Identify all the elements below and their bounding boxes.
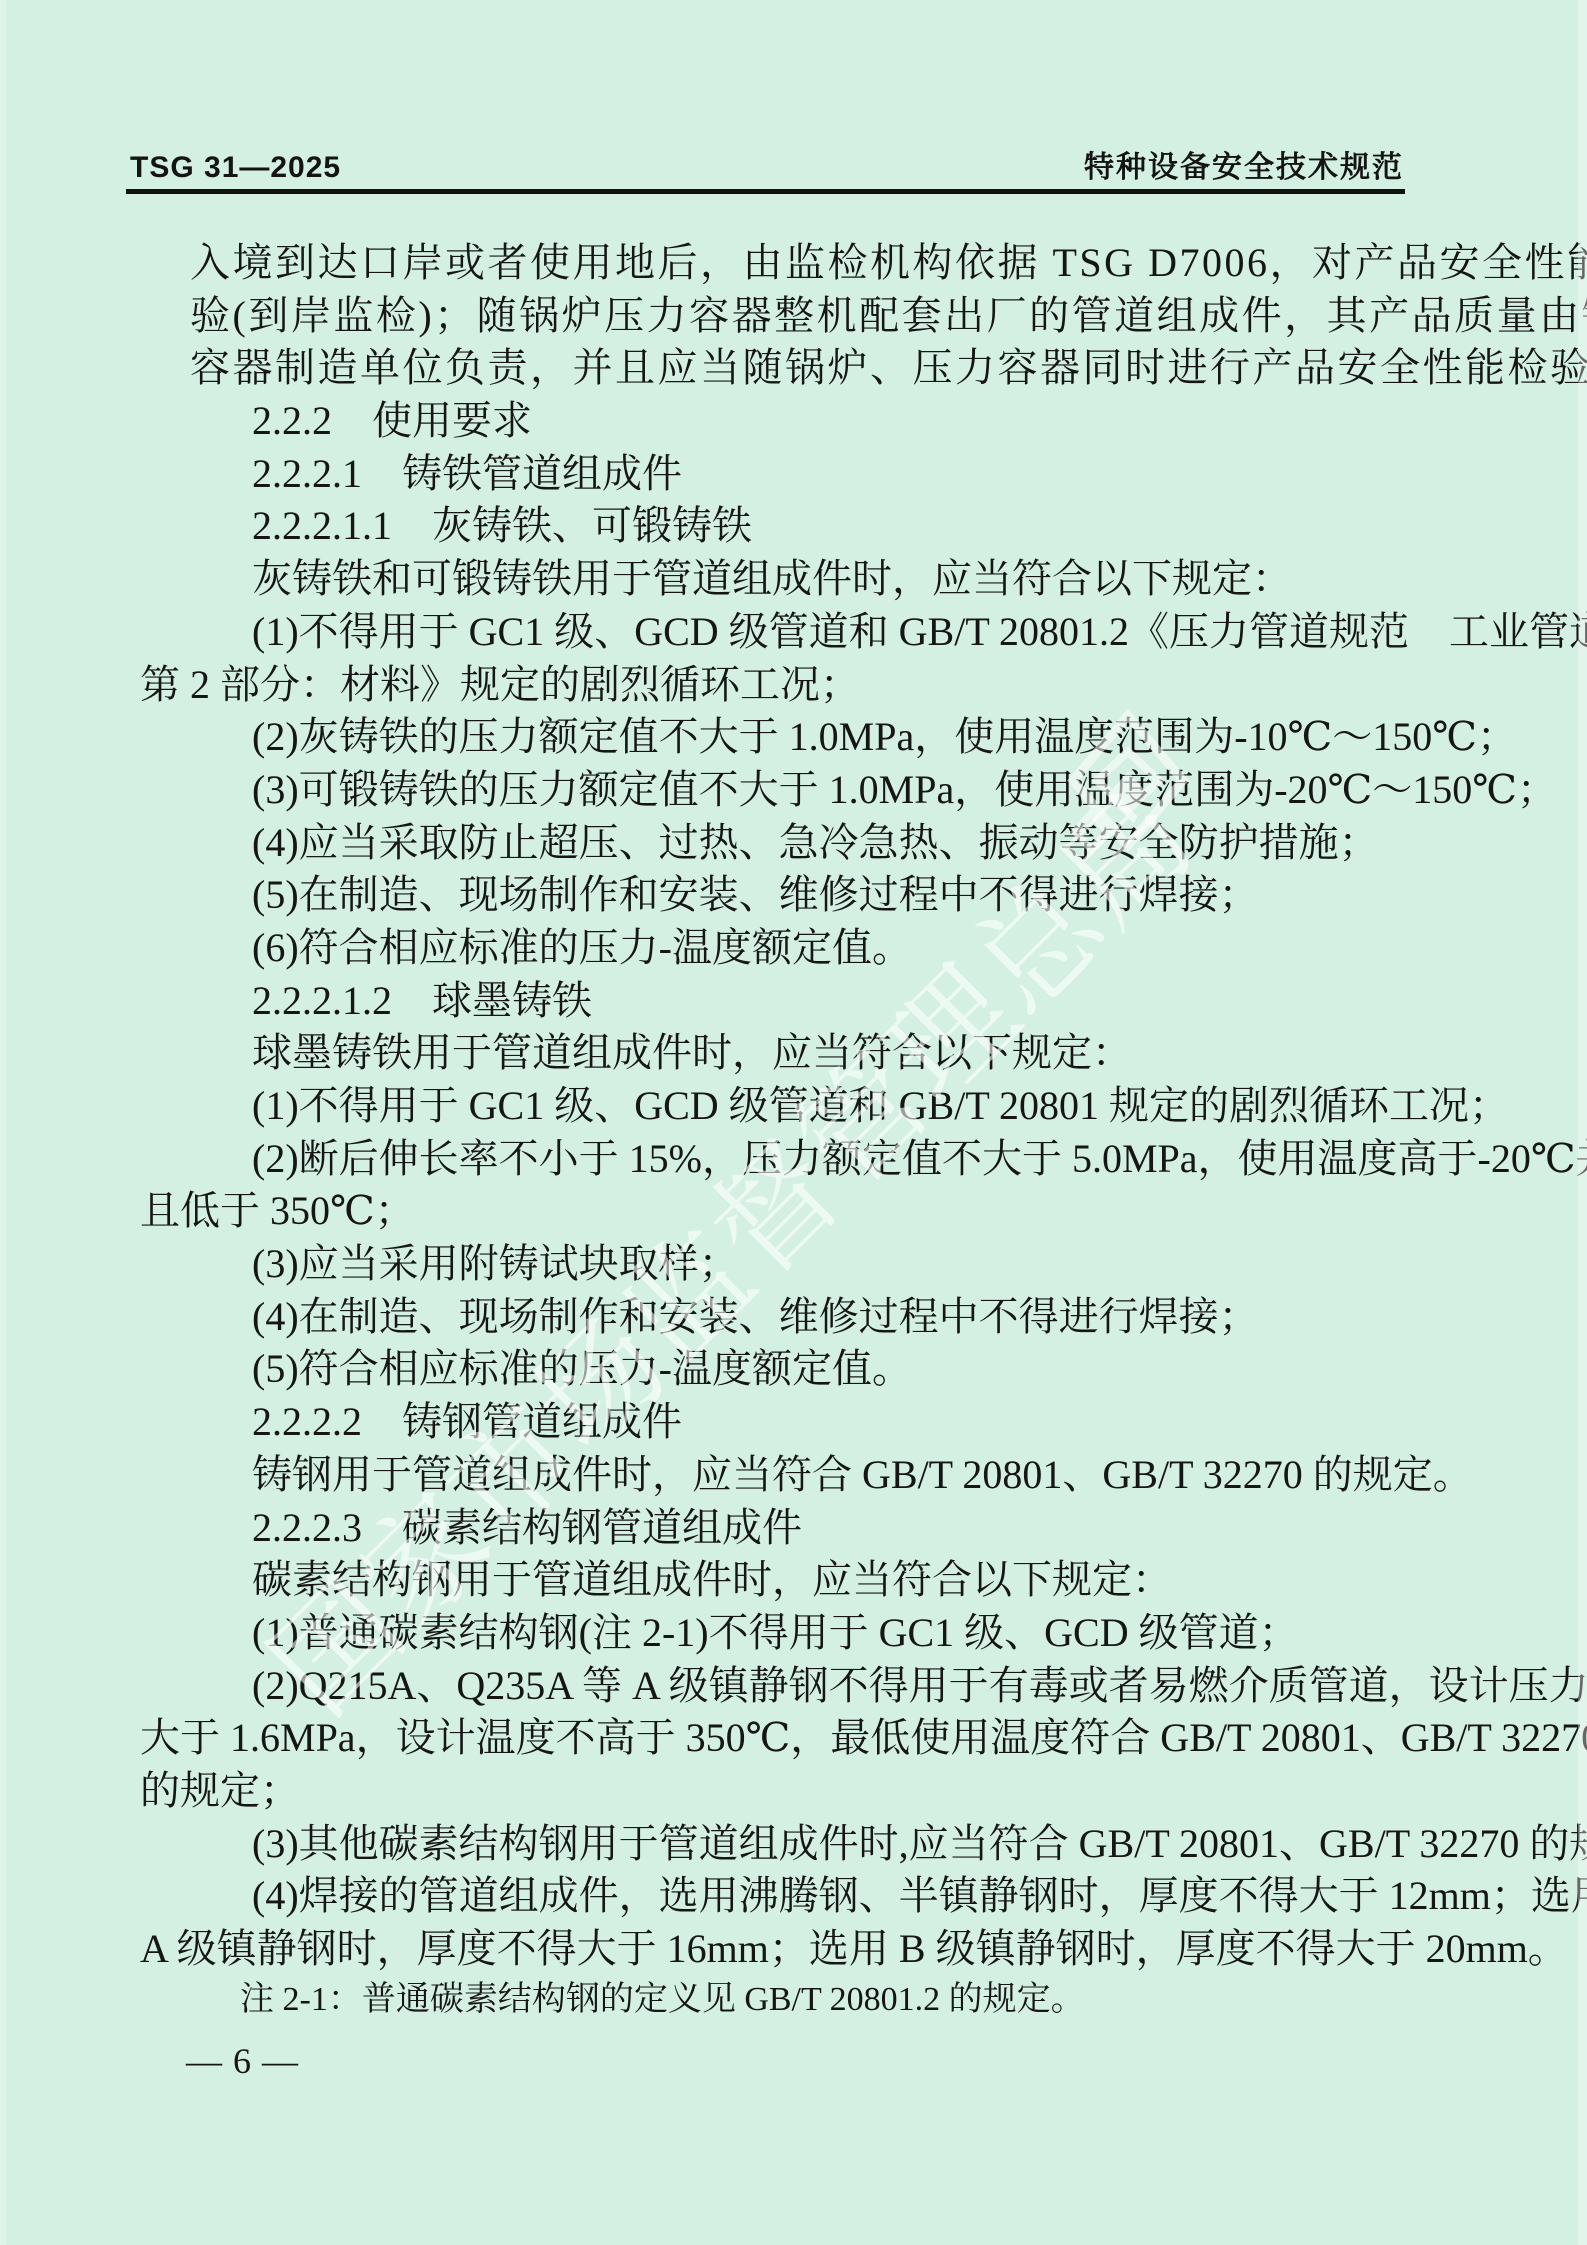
body-line: 容器制造单位负责，并且应当随锅炉、压力容器同时进行产品安全性能检验。: [0, 342, 1587, 395]
body-line: (1)不得用于 GC1 级、GCD 级管道和 GB/T 20801 规定的剧烈循…: [0, 1080, 1587, 1133]
body-line: (4)焊接的管道组成件，选用沸腾钢、半镇静钢时，厚度不得大于 12mm；选用: [0, 1870, 1587, 1923]
body-line: 第 2 部分：材料》规定的剧烈循环工况；: [0, 659, 1587, 712]
body-line: 2.2.2 使用要求: [0, 395, 1587, 448]
body-line: 入境到达口岸或者使用地后，由监检机构依据 TSG D7006，对产品安全性能进行…: [0, 237, 1587, 290]
header-title: 特种设备安全技术规范: [1084, 150, 1404, 186]
body-line: 铸钢用于管道组成件时，应当符合 GB/T 20801、GB/T 32270 的规…: [0, 1449, 1587, 1502]
body-line: (3)可锻铸铁的压力额定值不大于 1.0MPa，使用温度范围为-20℃～150℃…: [0, 764, 1587, 817]
body-line: 且低于 350℃；: [0, 1185, 1587, 1238]
body-line: (5)在制造、现场制作和安装、维修过程中不得进行焊接；: [0, 869, 1587, 922]
body-line: 碳素结构钢用于管道组成件时，应当符合以下规定：: [0, 1554, 1587, 1607]
document-number: TSG 31—2025: [130, 150, 341, 186]
page-header: TSG 31—2025 特种设备安全技术规范: [130, 150, 1404, 186]
body-line: 大于 1.6MPa，设计温度不高于 350℃，最低使用温度符合 GB/T 208…: [0, 1712, 1587, 1765]
document-page: TSG 31—2025 特种设备安全技术规范 入境到达口岸或者使用地后，由监检机…: [0, 0, 1587, 2245]
body-line: 2.2.2.3 碳素结构钢管道组成件: [0, 1502, 1587, 1555]
footnote: 注 2-1：普通碳素结构钢的定义见 GB/T 20801.2 的规定。: [240, 1978, 1085, 2022]
body-line: (6)符合相应标准的压力-温度额定值。: [0, 922, 1587, 975]
body-line: 的规定；: [0, 1765, 1587, 1818]
body-line: (4)在制造、现场制作和安装、维修过程中不得进行焊接；: [0, 1291, 1587, 1344]
body-line: 2.2.2.1.2 球墨铸铁: [0, 975, 1587, 1028]
body-line: 验(到岸监检)；随锅炉压力容器整机配套出厂的管道组成件，其产品质量由锅炉压力: [0, 290, 1587, 343]
body-line: (1)普通碳素结构钢(注 2-1)不得用于 GC1 级、GCD 级管道；: [0, 1607, 1587, 1660]
page-number: — 6 —: [186, 2040, 299, 2082]
body-line: 球墨铸铁用于管道组成件时，应当符合以下规定：: [0, 1027, 1587, 1080]
body-line: 2.2.2.2 铸钢管道组成件: [0, 1396, 1587, 1449]
body-line: (1)不得用于 GC1 级、GCD 级管道和 GB/T 20801.2《压力管道…: [0, 606, 1587, 659]
body-line: (2)Q215A、Q235A 等 A 级镇静钢不得用于有毒或者易燃介质管道，设计…: [0, 1660, 1587, 1713]
body-line: (5)符合相应标准的压力-温度额定值。: [0, 1343, 1587, 1396]
body-line: (4)应当采取防止超压、过热、急冷急热、振动等安全防护措施；: [0, 817, 1587, 870]
body-text: 入境到达口岸或者使用地后，由监检机构依据 TSG D7006，对产品安全性能进行…: [0, 237, 1587, 1976]
body-line: 灰铸铁和可锻铸铁用于管道组成件时，应当符合以下规定：: [0, 553, 1587, 606]
body-line: (2)断后伸长率不小于 15%，压力额定值不大于 5.0MPa，使用温度高于-2…: [0, 1133, 1587, 1186]
scan-edge-left: [0, 0, 6, 2245]
header-rule: [126, 189, 1405, 194]
scan-edge-right: [1578, 0, 1587, 2245]
body-line: 2.2.2.1 铸铁管道组成件: [0, 448, 1587, 501]
body-line: (2)灰铸铁的压力额定值不大于 1.0MPa，使用温度范围为-10℃～150℃；: [0, 711, 1587, 764]
body-line: 2.2.2.1.1 灰铸铁、可锻铸铁: [0, 500, 1587, 553]
body-line: (3)应当采用附铸试块取样；: [0, 1238, 1587, 1291]
body-line: A 级镇静钢时，厚度不得大于 16mm；选用 B 级镇静钢时，厚度不得大于 20…: [0, 1923, 1587, 1976]
body-line: (3)其他碳素结构钢用于管道组成件时,应当符合 GB/T 20801、GB/T …: [0, 1818, 1587, 1871]
